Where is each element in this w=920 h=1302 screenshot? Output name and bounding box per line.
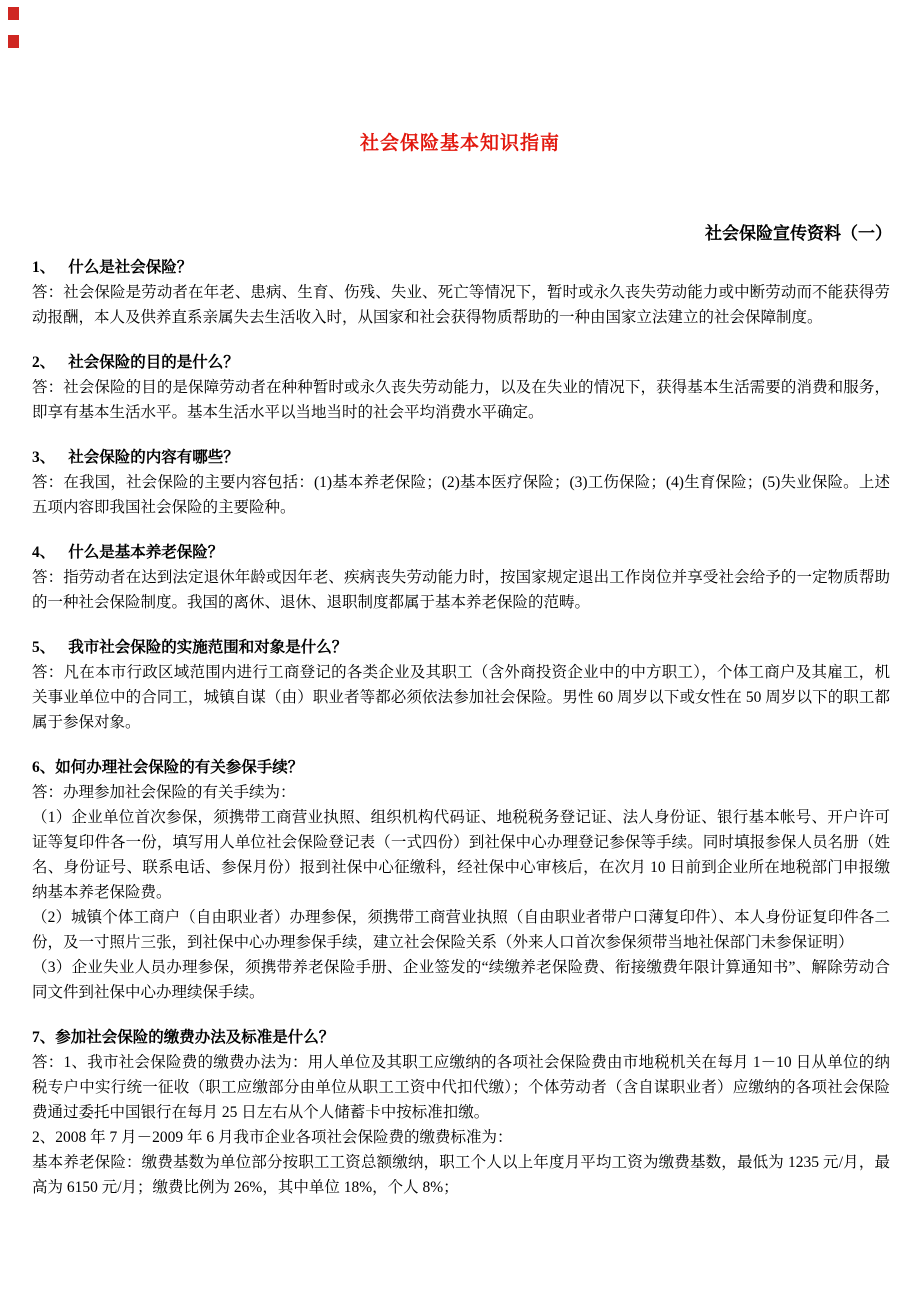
- question-number-3: 3、: [32, 449, 55, 466]
- document-title: 社会保险基本知识指南: [0, 0, 920, 159]
- question-number-2: 2、: [32, 354, 55, 371]
- question-heading-3: 3、社会保险的内容有哪些？: [32, 445, 890, 470]
- question-title-5: 我市社会保险的实施范围和对象是什么？: [68, 639, 347, 656]
- question-number-5: 5、: [32, 639, 55, 656]
- answer-paragraph: 答：在我国，社会保险的主要内容包括：(1)基本养老保险；(2)基本医疗保险；(3…: [32, 470, 890, 520]
- question-title-1: 什么是社会保险？: [68, 259, 192, 276]
- document-subtitle: 社会保险宣传资料（一）: [0, 223, 920, 245]
- answer-paragraph: 答：1、我市社会保险费的缴费办法为：用人单位及其职工应缴纳的各项社会保险费由市地…: [32, 1050, 890, 1125]
- answer-paragraph: 答：办理参加社会保险的有关手续为：: [32, 780, 890, 805]
- question-heading-2: 2、社会保险的目的是什么？: [32, 350, 890, 375]
- document-body: 1、什么是社会保险？ 答：社会保险是劳动者在年老、患病、生育、伤残、失业、死亡等…: [32, 255, 890, 1200]
- answer-paragraph: 答：指劳动者在达到法定退休年龄或因年老、疾病丧失劳动能力时，按国家规定退出工作岗…: [32, 565, 890, 615]
- question-heading-6: 6、如何办理社会保险的有关参保手续？: [32, 755, 890, 780]
- section-5: 5、我市社会保险的实施范围和对象是什么？ 答：凡在本市行政区域范围内进行工商登记…: [32, 635, 890, 735]
- question-title-4: 什么是基本养老保险？: [68, 544, 223, 561]
- question-heading-7: 7、参加社会保险的缴费办法及标准是什么？: [32, 1025, 890, 1050]
- answer-paragraph: （3）企业失业人员办理参保，须携带养老保险手册、企业签发的“续缴养老保险费、衔接…: [32, 955, 890, 1005]
- document-page: 社会保险基本知识指南 社会保险宣传资料（一） 1、什么是社会保险？ 答：社会保险…: [0, 0, 920, 1302]
- question-title-6: 如何办理社会保险的有关参保手续？: [55, 759, 303, 776]
- question-title-7: 参加社会保险的缴费办法及标准是什么？: [55, 1029, 334, 1046]
- question-heading-4: 4、什么是基本养老保险？: [32, 540, 890, 565]
- answer-paragraph: （1）企业单位首次参保，须携带工商营业执照、组织机构代码证、地税税务登记证、法人…: [32, 805, 890, 905]
- section-7: 7、参加社会保险的缴费办法及标准是什么？ 答：1、我市社会保险费的缴费办法为：用…: [32, 1025, 890, 1200]
- red-square-mark-top: [8, 7, 19, 20]
- question-title-2: 社会保险的目的是什么？: [68, 354, 239, 371]
- section-4: 4、什么是基本养老保险？ 答：指劳动者在达到法定退休年龄或因年老、疾病丧失劳动能…: [32, 540, 890, 615]
- section-3: 3、社会保险的内容有哪些？ 答：在我国，社会保险的主要内容包括：(1)基本养老保…: [32, 445, 890, 520]
- section-1: 1、什么是社会保险？ 答：社会保险是劳动者在年老、患病、生育、伤残、失业、死亡等…: [32, 255, 890, 330]
- answer-paragraph: （2）城镇个体工商户（自由职业者）办理参保，须携带工商营业执照（自由职业者带户口…: [32, 905, 890, 955]
- answer-paragraph: 答：社会保险是劳动者在年老、患病、生育、伤残、失业、死亡等情况下，暂时或永久丧失…: [32, 280, 890, 330]
- answer-paragraph: 基本养老保险：缴费基数为单位部分按职工工资总额缴纳，职工个人以上年度月平均工资为…: [32, 1150, 890, 1200]
- question-number-1: 1、: [32, 259, 55, 276]
- question-heading-1: 1、什么是社会保险？: [32, 255, 890, 280]
- question-number-4: 4、: [32, 544, 55, 561]
- answer-paragraph: 答：凡在本市行政区域范围内进行工商登记的各类企业及其职工（含外商投资企业中的中方…: [32, 660, 890, 735]
- question-number-7: 7、: [32, 1029, 55, 1046]
- answer-paragraph: 答：社会保险的目的是保障劳动者在种种暂时或永久丧失劳动能力，以及在失业的情况下，…: [32, 375, 890, 425]
- section-2: 2、社会保险的目的是什么？ 答：社会保险的目的是保障劳动者在种种暂时或永久丧失劳…: [32, 350, 890, 425]
- question-title-3: 社会保险的内容有哪些？: [68, 449, 239, 466]
- section-6: 6、如何办理社会保险的有关参保手续？ 答：办理参加社会保险的有关手续为： （1）…: [32, 755, 890, 1005]
- red-square-mark-bottom: [8, 35, 19, 48]
- answer-paragraph: 2、2008 年 7 月－2009 年 6 月我市企业各项社会保险费的缴费标准为…: [32, 1125, 890, 1150]
- question-heading-5: 5、我市社会保险的实施范围和对象是什么？: [32, 635, 890, 660]
- question-number-6: 6、: [32, 759, 55, 776]
